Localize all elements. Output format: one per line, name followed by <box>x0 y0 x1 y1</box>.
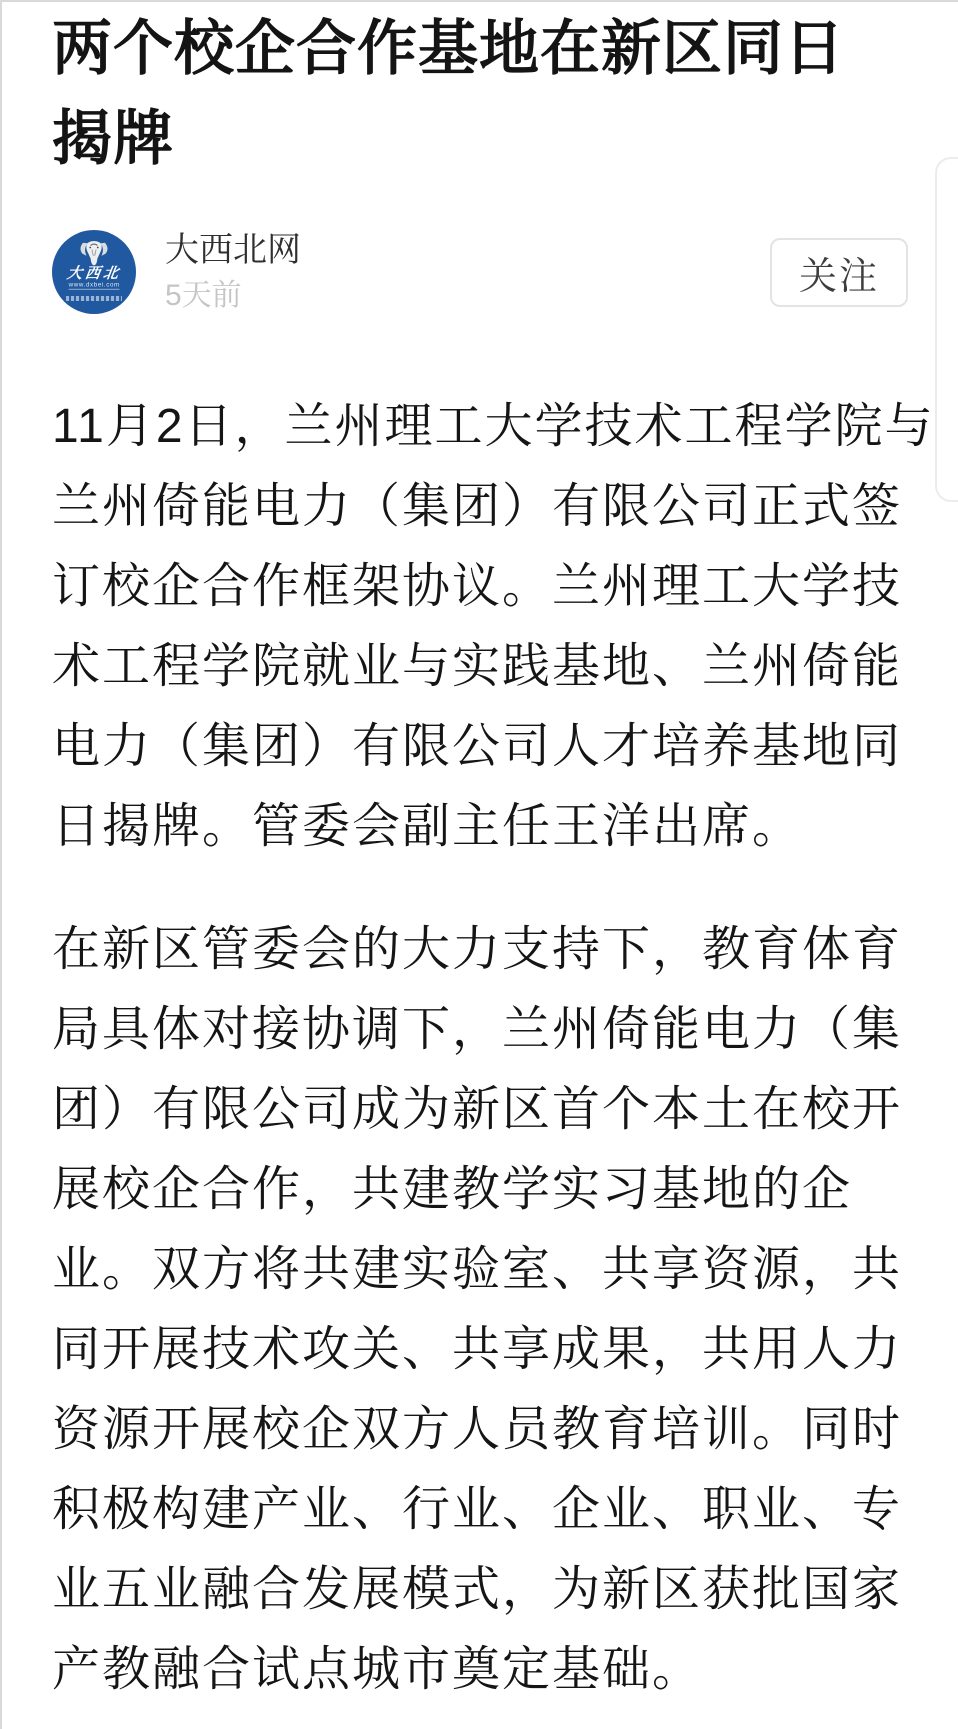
article-paragraph: 在新区管委会的大力支持下，教育体育 局具体对接协调下，兰州倚能电力（集 团）有限… <box>52 910 908 1710</box>
elephant-logo-icon <box>77 240 111 266</box>
text-line: 兰州倚能电力（集团）有限公司正式签 <box>52 467 908 547</box>
text-line: 积极构建产业、行业、企业、职业、专 <box>52 1470 908 1550</box>
article-paragraph: 11月2日，兰州理工大学技术工程学院与 兰州倚能电力（集团）有限公司正式签 订校… <box>52 387 908 867</box>
text-line: 业五业融合发展模式，为新区获批国家 <box>52 1550 908 1630</box>
text-line: 团）有限公司成为新区首个本土在校开 <box>52 1070 908 1150</box>
text-line: 同开展技术攻关、共享成果，共用人力 <box>52 1310 908 1390</box>
source-name[interactable]: 大西北网 <box>165 228 301 272</box>
avatar-slogan-stripe <box>66 296 122 301</box>
follow-button-label: 关注 <box>799 245 879 300</box>
text-line: 业。双方将共建实验室、共享资源，共 <box>52 1230 908 1310</box>
text-line: 11月2日，兰州理工大学技术工程学院与 <box>52 387 908 467</box>
text-line: 资源开展校企双方人员教育培训。同时 <box>52 1390 908 1470</box>
text-line: 产教融合试点城市奠定基础。 <box>52 1630 908 1710</box>
text-line: 日揭牌。管委会副主任王洋出席。 <box>52 787 908 867</box>
avatar[interactable]: 大西北 www.dxbei.com <box>52 230 136 314</box>
avatar-brand-text: 大西北 <box>66 266 122 282</box>
right-edge-peek-card[interactable] <box>935 157 958 502</box>
publisher-meta: 大西北网 5天前 <box>165 228 301 316</box>
follow-button[interactable]: 关注 <box>770 238 908 307</box>
text-line: 局具体对接协调下，兰州倚能电力（集 <box>52 990 908 1070</box>
article-content: 两个校企合作基地在新区同日 揭牌 大西北 www.dxbei.com <box>2 2 958 1710</box>
publisher-header: 大西北 www.dxbei.com 大西北网 5天前 关注 <box>52 230 908 314</box>
text-line: 订校企合作框架协议。兰州理工大学技 <box>52 547 908 627</box>
text-line: 在新区管委会的大力支持下，教育体育 <box>52 910 908 990</box>
text-line: 展校企合作，共建教学实习基地的企 <box>52 1150 908 1230</box>
article-page: 两个校企合作基地在新区同日 揭牌 大西北 www.dxbei.com <box>0 0 958 1729</box>
avatar-url-text: www.dxbei.com <box>68 282 119 289</box>
article-title: 两个校企合作基地在新区同日 揭牌 <box>52 2 908 184</box>
article-title-line: 揭牌 <box>52 94 908 184</box>
text-line: 术工程学院就业与实践基地、兰州倚能 <box>52 627 908 707</box>
article-title-line: 两个校企合作基地在新区同日 <box>52 4 908 94</box>
publish-time: 5天前 <box>165 276 301 316</box>
text-line: 电力（集团）有限公司人才培养基地同 <box>52 707 908 787</box>
